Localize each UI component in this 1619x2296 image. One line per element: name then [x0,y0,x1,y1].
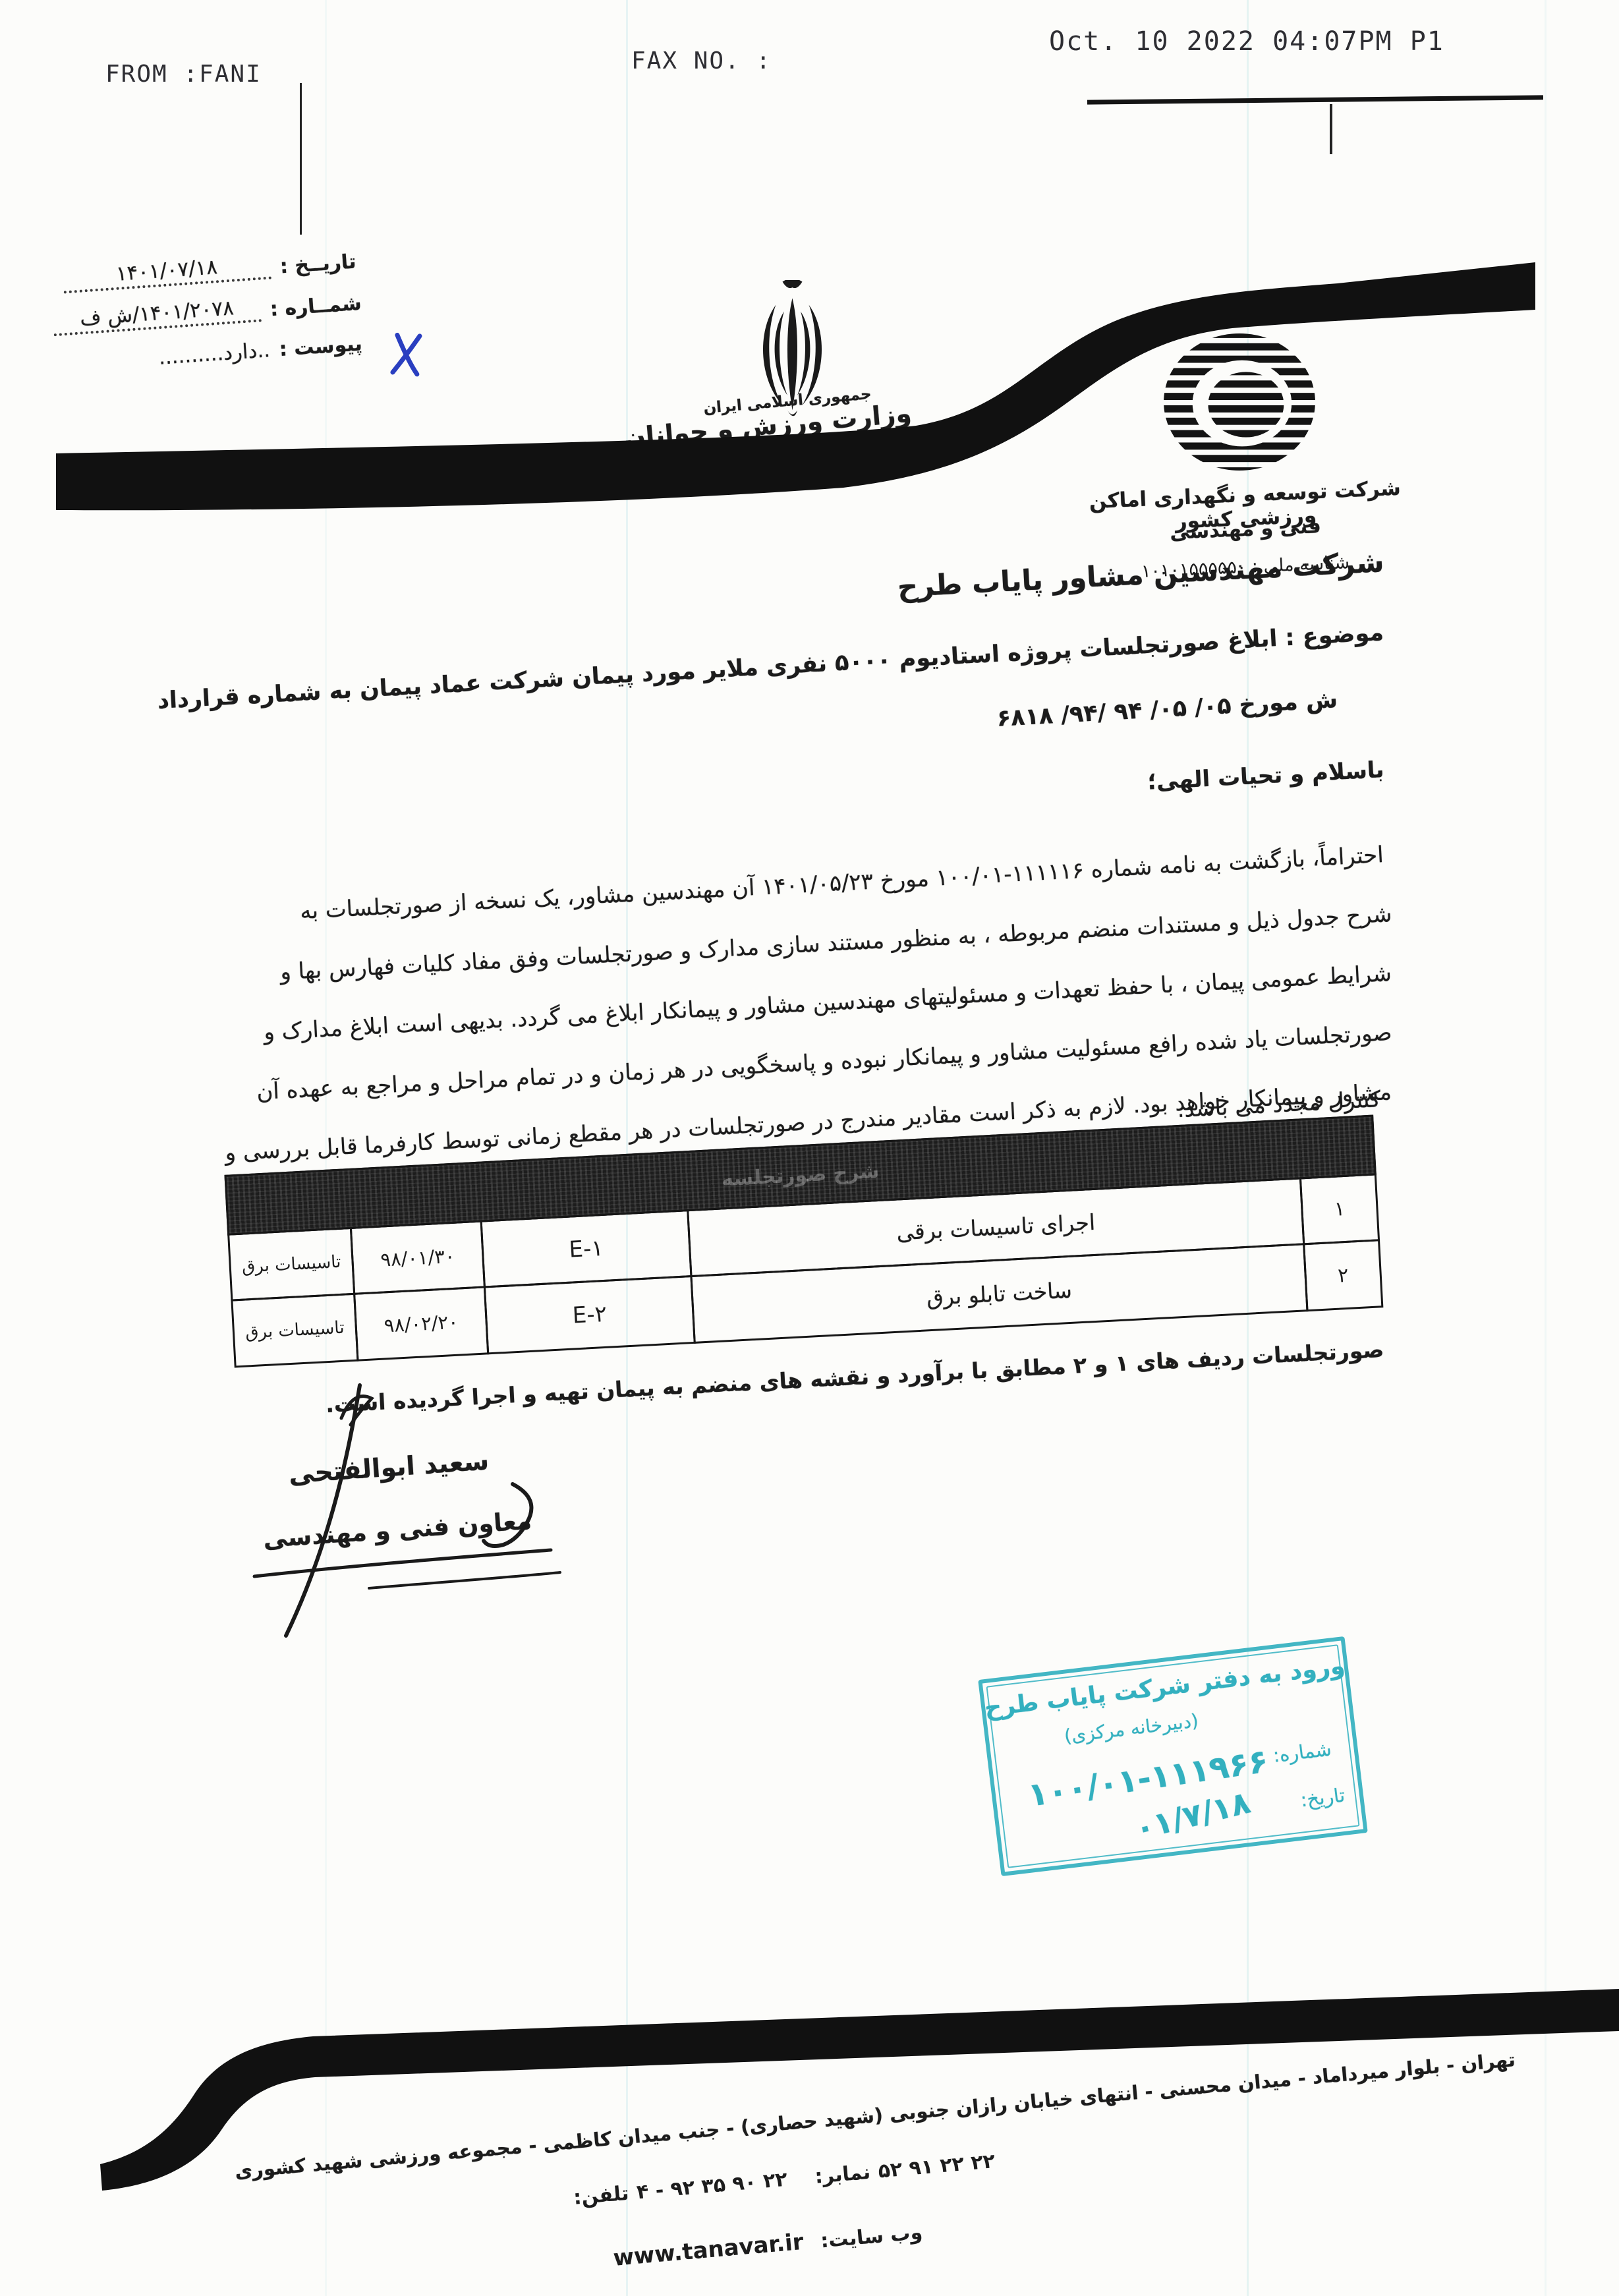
table-row-field: تاسیسات برق [231,1293,358,1368]
table-row-date: ۹۸/۰۱/۳۰ [350,1220,486,1295]
signature-ink-strokes [231,1371,652,1654]
table-row-number: ۲ [1303,1239,1383,1311]
table-header-ghost-label: شرح صورتجلسه [721,1159,880,1190]
table-row-field: تاسیسات برق [227,1227,355,1302]
company-logo-icon [1161,331,1318,474]
table-row-no: E-۲ [484,1275,696,1354]
table-row-number: ۱ [1299,1173,1380,1245]
scanned-fax-page: FROM :FANI FAX NO. : Oct. 10 2022 04:07P… [0,0,1619,2296]
table-row-date: ۹۸/۰۲/۲۰ [353,1286,489,1361]
footer-fax-label: نمابر: [814,2161,871,2189]
footer-phone-label: تلفن: [573,2182,630,2210]
